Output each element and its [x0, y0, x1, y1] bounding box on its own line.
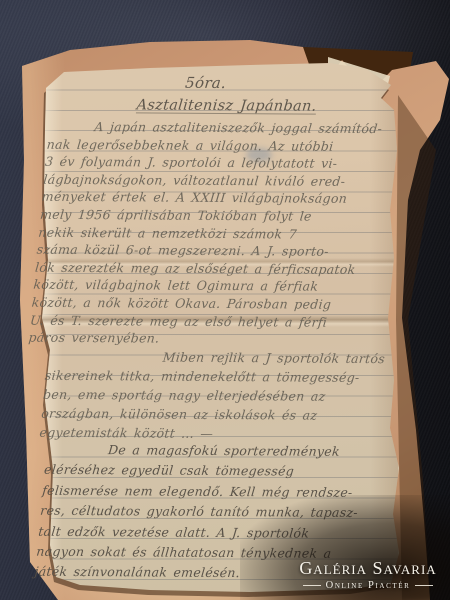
- photo-canvas: 5óra. Asztalitenisz Japánban. A japán as…: [0, 0, 450, 600]
- lesson-heading: 5óra.: [150, 73, 262, 92]
- essay-title: Asztalitenisz Japánban.: [136, 97, 317, 114]
- manuscript-line: De a magasfokú sporteredmények: [107, 440, 401, 462]
- manuscript-line: száma közül 6-ot megszerezni. A J. sport…: [36, 241, 392, 261]
- watermark-tagline-text: Online Piactér: [326, 580, 411, 591]
- watermark-dash-right: [415, 585, 433, 586]
- watermark: Galéria Savaria Online Piactér: [288, 558, 448, 591]
- manuscript-line: között, a nők között Okava. Párosban ped…: [31, 294, 387, 314]
- manuscript-line: sikereinek titka, mindenekelőtt a tömege…: [44, 366, 400, 387]
- manuscript-line: országban, különösen az iskolások és az: [40, 404, 396, 425]
- paragraph-1: A japán asztaliteniszezők joggal számító…: [28, 118, 404, 349]
- manuscript-line: eléréséhez egyedül csak tömegesség: [43, 460, 399, 483]
- manuscript-line: páros versenyében.: [28, 329, 384, 349]
- manuscript-line: mely 1956 áprilisában Tokióban folyt le: [39, 206, 395, 226]
- watermark-tagline: Online Piactér: [288, 580, 448, 591]
- paragraph-2: Miben rejlik a J sportolók tartóssikerei…: [39, 347, 402, 444]
- manuscript-line: ben, eme sportág nagy elterjedésében az: [42, 385, 398, 406]
- manuscript-line: 3 év folyamán J. sportolói a lefolytatot…: [44, 153, 400, 173]
- manuscript-line: A japán asztaliteniszezők joggal számító…: [94, 118, 404, 138]
- watermark-dash-left: [303, 585, 321, 586]
- manuscript-line: Miben rejlik a J sportolók tartós: [162, 348, 402, 369]
- watermark-brand: Galéria Savaria: [288, 558, 448, 579]
